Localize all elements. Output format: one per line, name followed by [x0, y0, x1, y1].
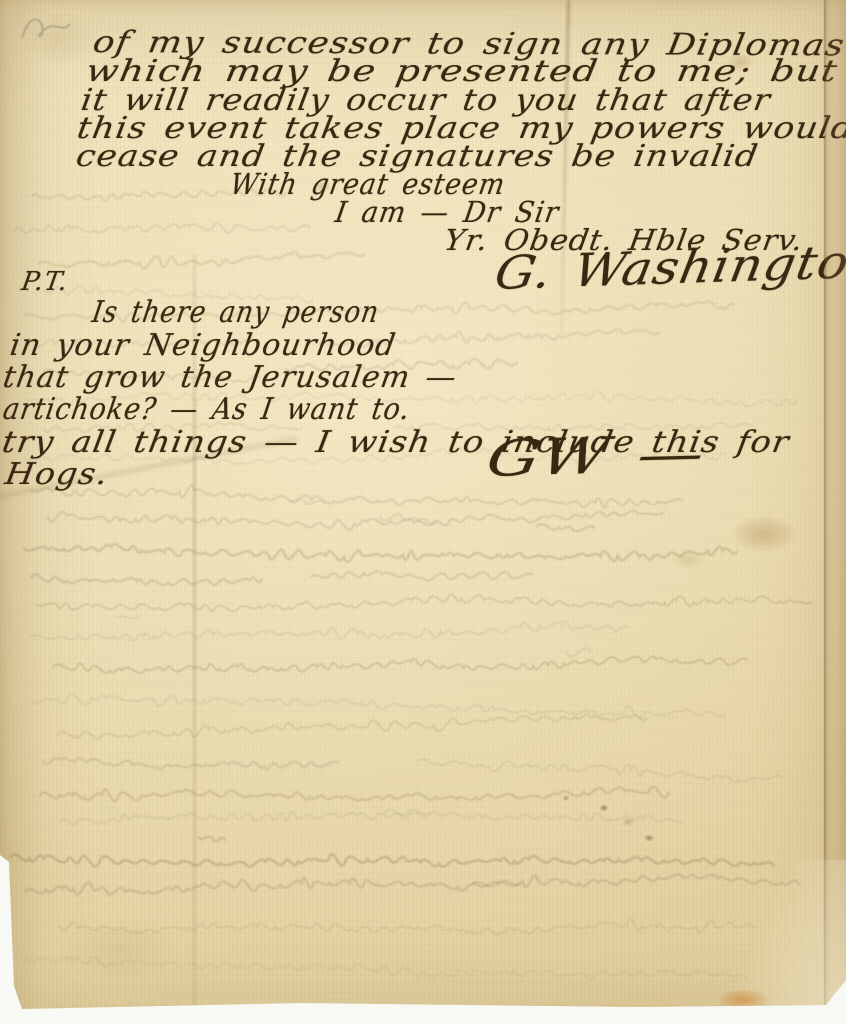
bottom-right-fold-highlight	[690, 860, 846, 1010]
postscript-line: Hogs.	[3, 458, 111, 491]
scanned-letter-page: of my successor to sign any Diplomas whi…	[0, 0, 846, 1024]
postscript-line: that grow the Jerusalem —	[1, 361, 460, 394]
postscript-signature: GW —	[483, 426, 709, 487]
postscript-line: Is there any person	[90, 296, 382, 329]
postscript-line: artichoke? — As I want to.	[1, 393, 413, 426]
paper-sheet: of my successor to sign any Diplomas whi…	[0, 0, 846, 1024]
postscript-label: P.T.	[19, 268, 70, 297]
postscript-line: in your Neighbourhood	[8, 329, 399, 362]
signature-g-washington: G. Washington	[491, 236, 846, 299]
